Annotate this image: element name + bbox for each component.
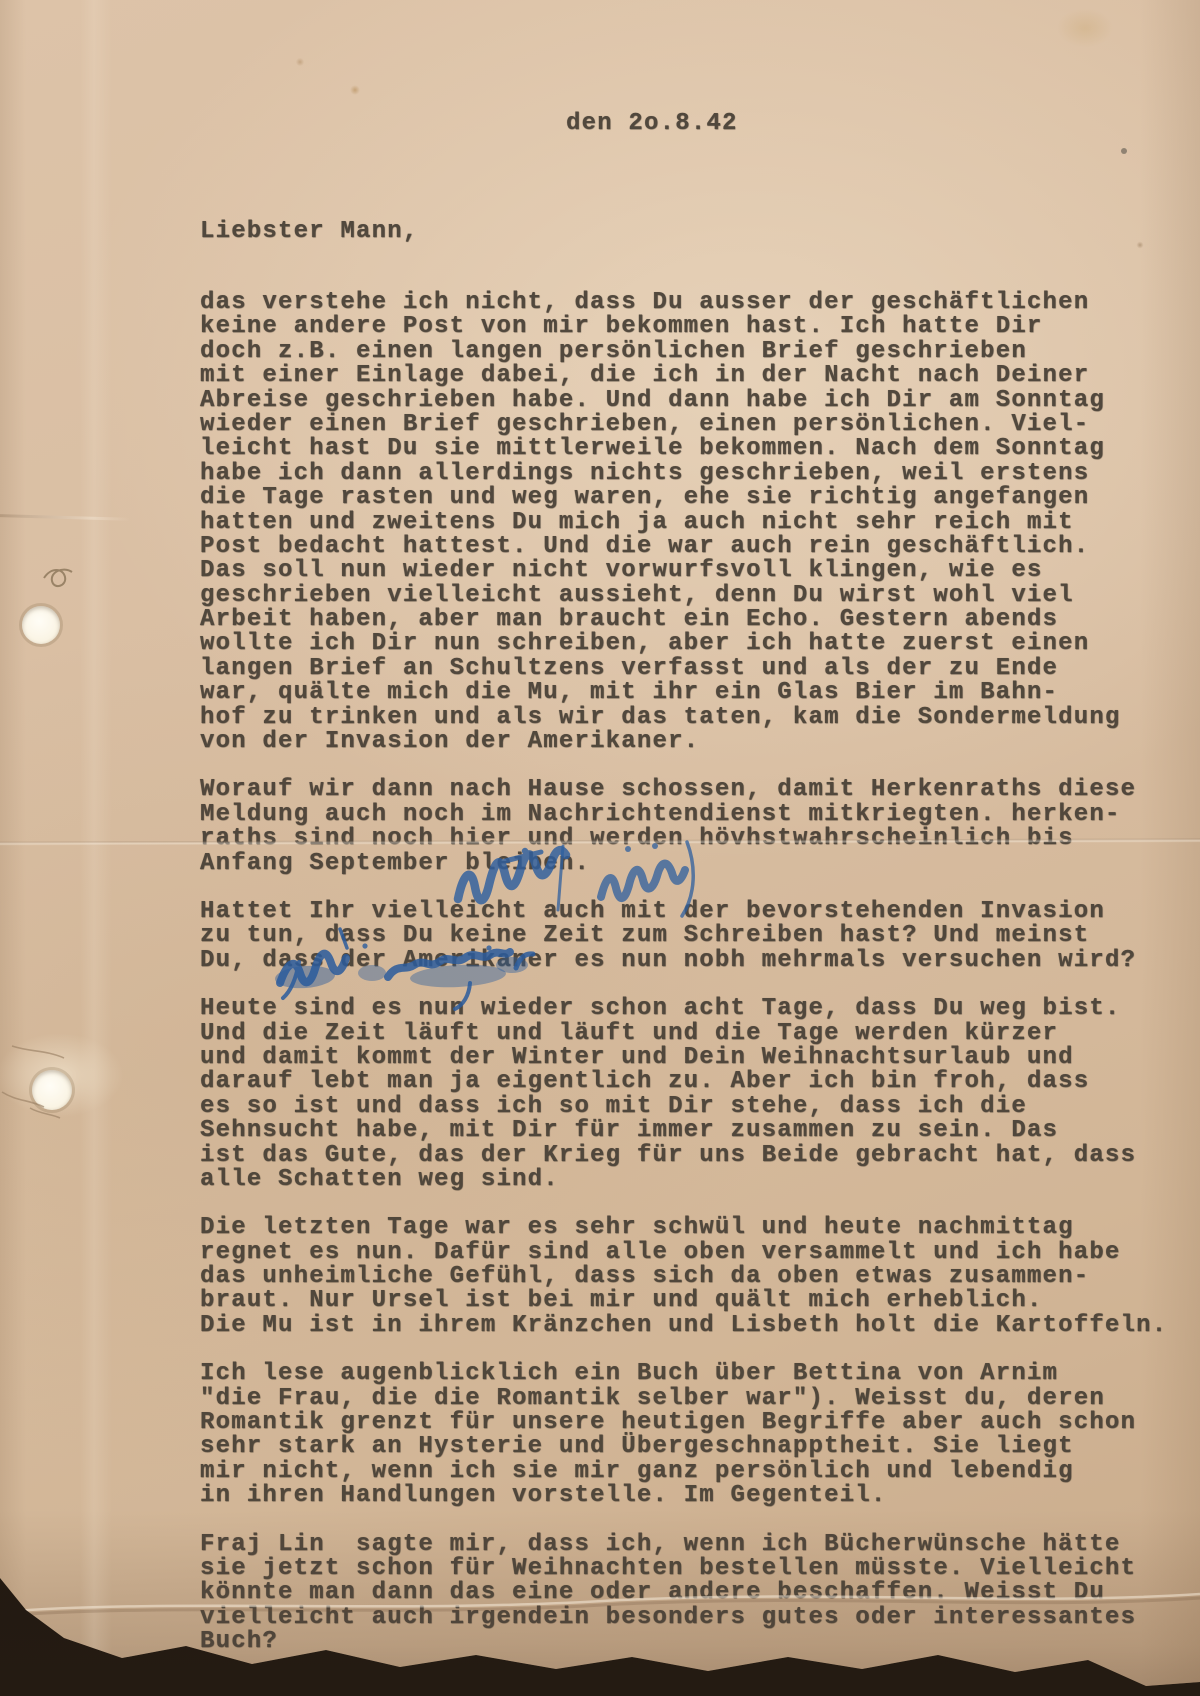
letter-line: darauf lebt man ja eigentlich zu. Aber i…	[200, 1070, 1167, 1094]
letter-page: den 2o.8.42 Liebster Mann, das verstehe …	[0, 0, 1200, 1696]
letter-line: mir nicht, wenn ich sie mir ganz persönl…	[200, 1460, 1167, 1484]
letter-line: Romantik grenzt für unsere heutigen Begr…	[200, 1411, 1167, 1435]
letter-line: leicht hast Du sie mittlerweile bekommen…	[200, 437, 1167, 461]
letter-line: langen Brief an Schultzens verfasst und …	[200, 657, 1167, 681]
letter-body: das verstehe ich nicht, dass Du ausser d…	[200, 291, 1167, 1679]
letter-line: Anfang September bleiben.	[200, 852, 1167, 876]
letter-line: Buch?	[200, 1630, 1167, 1654]
letter-line: regnet es nun. Dafür sind alle oben vers…	[200, 1241, 1167, 1265]
letter-paragraph: das verstehe ich nicht, dass Du ausser d…	[200, 291, 1167, 754]
letter-line: Das soll nun wieder nicht vorwurfsvoll k…	[200, 559, 1167, 583]
letter-line: vielleicht auch irgendein besonders gute…	[200, 1606, 1167, 1630]
fold-crease	[0, 514, 130, 521]
letter-line: Ich lese augenblicklich ein Buch über Be…	[200, 1362, 1167, 1386]
letter-paragraph: Heute sind es nun wieder schon acht Tage…	[200, 997, 1167, 1192]
letter-line: sehr stark an Hysterie und Übergeschnapp…	[200, 1435, 1167, 1459]
letter-paragraph: Die letzten Tage war es sehr schwül und …	[200, 1216, 1167, 1338]
letter-line: Die Mu ist in ihrem Kränzchen und Lisbet…	[200, 1314, 1167, 1338]
letter-line: zu tun, dass Du keine Zeit zum Schreiben…	[200, 924, 1167, 948]
letter-salutation: Liebster Mann,	[200, 218, 418, 245]
letter-line: es so ist und dass ich so mit Dir stehe,…	[200, 1095, 1167, 1119]
letter-line: Und die Zeit läuft und läuft und die Tag…	[200, 1022, 1167, 1046]
letter-line: alle Schatten weg sind.	[200, 1168, 1167, 1192]
letter-line: hatten und zweitens Du mich ja auch nich…	[200, 511, 1167, 535]
letter-line: könnte man dann das eine oder andere bes…	[200, 1581, 1167, 1605]
paper-speck	[1121, 148, 1127, 154]
letter-line: das unheimliche Gefühl, dass sich da obe…	[200, 1265, 1167, 1289]
letter-line: das verstehe ich nicht, dass Du ausser d…	[200, 291, 1167, 315]
letter-line: Worauf wir dann nach Hause schossen, dam…	[200, 778, 1167, 802]
letter-line: Post bedacht hattest. Und die war auch r…	[200, 535, 1167, 559]
letter-line: Die letzten Tage war es sehr schwül und …	[200, 1216, 1167, 1240]
letter-line: geschrieben vielleicht aussieht, denn Du…	[200, 584, 1167, 608]
letter-line: braut. Nur Ursel ist bei mir und quält m…	[200, 1289, 1167, 1313]
letter-line: wollte ich Dir nun schreiben, aber ich h…	[200, 632, 1167, 656]
pencil-mark	[44, 570, 72, 586]
letter-line: hof zu trinken und als wir das taten, ka…	[200, 706, 1167, 730]
letter-line: Du, dass der Amerikaner es nun nobh mehr…	[200, 949, 1167, 973]
letter-paragraph: Hattet Ihr vielleicht auch mit der bevor…	[200, 900, 1167, 973]
letter-line: sie jetzt schon für Weihnachten bestelle…	[200, 1557, 1167, 1581]
letter-line: ist das Gute, das der Krieg für uns Beid…	[200, 1144, 1167, 1168]
letter-line: die Tage rasten und weg waren, ehe sie r…	[200, 486, 1167, 510]
letter-line: von der Invasion der Amerikaner.	[200, 730, 1167, 754]
letter-line: Abreise geschrieben habe. Und dann habe …	[200, 389, 1167, 413]
letter-line: Hattet Ihr vielleicht auch mit der bevor…	[200, 900, 1167, 924]
letter-line: "die Frau, die die Romantik selber war")…	[200, 1387, 1167, 1411]
letter-line: in ihren Handlungen vorstelle. Im Gegent…	[200, 1484, 1167, 1508]
letter-line: Heute sind es nun wieder schon acht Tage…	[200, 997, 1167, 1021]
letter-line: Meldung auch noch im Nachrichtendienst m…	[200, 803, 1167, 827]
letter-line: Fraj Lin sagte mir, dass ich, wenn ich B…	[200, 1533, 1167, 1557]
letter-line: keine andere Post von mir bekommen hast.…	[200, 315, 1167, 339]
punch-hole	[22, 606, 60, 644]
letter-paragraph: Worauf wir dann nach Hause schossen, dam…	[200, 778, 1167, 876]
letter-line: und damit kommt der Winter und Dein Weih…	[200, 1046, 1167, 1070]
letter-line: Sehnsucht habe, mit Dir für immer zusamm…	[200, 1119, 1167, 1143]
letter-line: habe ich dann allerdings nichts geschrie…	[200, 462, 1167, 486]
letter-line: wieder einen Brief geschrieben, einen pe…	[200, 413, 1167, 437]
letter-line: mit einer Einlage dabei, die ich in der …	[200, 364, 1167, 388]
letter-date: den 2o.8.42	[566, 110, 738, 137]
letter-line: Arbeit haben, aber man braucht ein Echo.…	[200, 608, 1167, 632]
punch-hole	[32, 1070, 72, 1110]
letter-line: war, quälte mich die Mu, mit ihr ein Gla…	[200, 681, 1167, 705]
letter-paragraph: Fraj Lin sagte mir, dass ich, wenn ich B…	[200, 1533, 1167, 1655]
letter-paragraph: Ich lese augenblicklich ein Buch über Be…	[200, 1362, 1167, 1508]
letter-line: doch z.B. einen langen persönlichen Brie…	[200, 340, 1167, 364]
